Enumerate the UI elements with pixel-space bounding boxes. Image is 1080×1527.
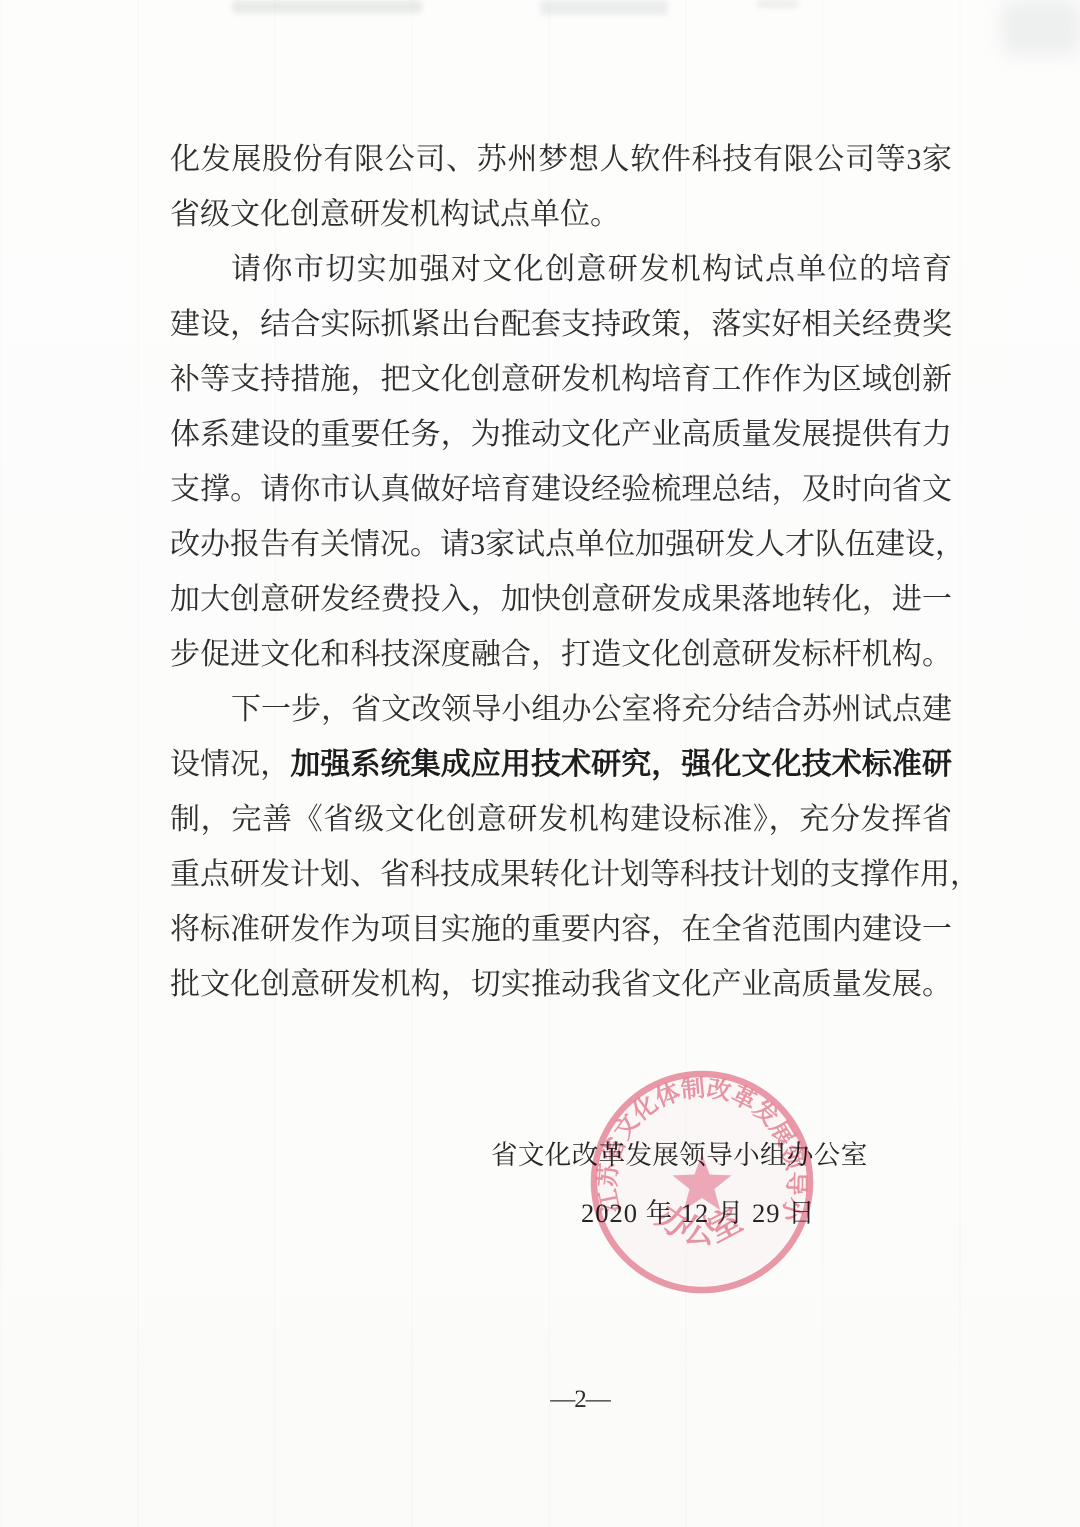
body-line-segment: 请你市切实加强对文化创意研发机构试点单位的培育	[231, 253, 952, 286]
body-line-segment: 重点研发计划、省科技成果转化计划等科技计划的支撑作用，	[170, 858, 980, 891]
body-line-segment: 补等支持措施，把文化创意研发机构培育工作作为区域创新	[170, 363, 952, 396]
body-line: 制，完善《省级文化创意研发机构建设标准》，充分发挥省	[170, 792, 952, 847]
body-line: 设情况，加强系统集成应用技术研究，强化文化技术标准研	[170, 737, 952, 792]
body-line: 批文化创意研发机构，切实推动我省文化产业高质量发展。	[170, 957, 952, 1012]
body-line-segment: 步促进文化和科技深度融合，打造文化创意研发标杆机构。	[170, 638, 952, 671]
scan-artifact	[232, 0, 422, 13]
body-line-segment: 支撑。请你市认真做好培育建设经验梳理总结，及时向省文	[170, 473, 952, 506]
body-line-segment: 建设，结合实际抓紧出台配套支持政策，落实好相关经费奖	[170, 308, 952, 341]
body-line-segment: 将标准研发作为项目实施的重要内容，在全省范围内建设一	[170, 913, 952, 946]
body-line: 建设，结合实际抓紧出台配套支持政策，落实好相关经费奖	[170, 297, 952, 352]
body-line: 补等支持措施，把文化创意研发机构培育工作作为区域创新	[170, 352, 952, 407]
official-seal: 江苏省文化体制改革发展领导小组 办公室	[577, 1057, 827, 1307]
scan-artifact	[757, 0, 799, 8]
body-line-segment: 省级文化创意研发机构试点单位。	[170, 198, 620, 231]
body-line: 省级文化创意研发机构试点单位。	[170, 187, 952, 242]
body-line: 将标准研发作为项目实施的重要内容，在全省范围内建设一	[170, 902, 952, 957]
body-line: 体系建设的重要任务，为推动文化产业高质量发展提供有力	[170, 407, 952, 462]
body-text: 化发展股份有限公司、苏州梦想人软件科技有限公司等3家省级文化创意研发机构试点单位…	[170, 132, 952, 1012]
body-line-segment: 下一步，省文改领导小组办公室将充分结合苏州试点建	[231, 693, 952, 726]
body-line: 请你市切实加强对文化创意研发机构试点单位的培育	[170, 242, 952, 297]
body-line: 改办报告有关情况。请3家试点单位加强研发人才队伍建设，	[170, 517, 952, 572]
document-page: 化发展股份有限公司、苏州梦想人软件科技有限公司等3家省级文化创意研发机构试点单位…	[0, 0, 1080, 1527]
body-line: 下一步，省文改领导小组办公室将充分结合苏州试点建	[170, 682, 952, 737]
body-line: 步促进文化和科技深度融合，打造文化创意研发标杆机构。	[170, 627, 952, 682]
scan-artifact	[540, 0, 668, 15]
body-line: 化发展股份有限公司、苏州梦想人软件科技有限公司等3家	[170, 132, 952, 187]
body-line-segment: 加大创意研发经费投入，加快创意研发成果落地转化，进一	[170, 583, 952, 616]
body-line-segment: 制，完善《省级文化创意研发机构建设标准》，充分发挥省	[170, 803, 952, 836]
body-line-segment: 批文化创意研发机构，切实推动我省文化产业高质量发展。	[170, 968, 952, 1001]
body-line-segment: 化发展股份有限公司、苏州梦想人软件科技有限公司等3家	[170, 143, 952, 176]
body-line-segment: 加强系统集成应用技术研究，强化文化技术标准研	[290, 748, 952, 781]
body-line-segment: 设情况，	[170, 748, 290, 781]
body-line-segment: 体系建设的重要任务，为推动文化产业高质量发展提供有力	[170, 418, 952, 451]
body-line: 支撑。请你市认真做好培育建设经验梳理总结，及时向省文	[170, 462, 952, 517]
scan-artifact	[1002, 0, 1080, 55]
body-line-segment: 改办报告有关情况。请3家试点单位加强研发人才队伍建设，	[170, 528, 965, 561]
page-number: —2—	[500, 1386, 660, 1414]
body-line: 加大创意研发经费投入，加快创意研发成果落地转化，进一	[170, 572, 952, 627]
body-line: 重点研发计划、省科技成果转化计划等科技计划的支撑作用，	[170, 847, 952, 902]
